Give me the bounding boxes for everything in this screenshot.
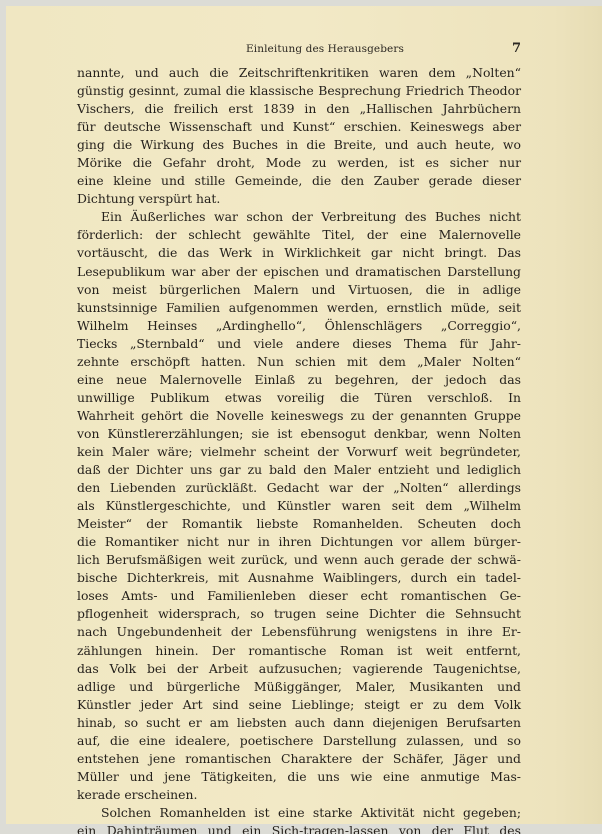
text-line: Meister“ der Romantik liebste Romanhelde…: [77, 515, 521, 533]
text-line: Ein Äußerliches war schon der Verbreitun…: [77, 208, 521, 226]
text-line: loses Amts- und Familienleben dieser ech…: [77, 587, 521, 605]
text-line: vortäuscht, die das Werk in Wirklichkeit…: [77, 244, 521, 262]
page-number: 7: [512, 41, 521, 56]
text-line: das Volk bei der Arbeit aufzusuchen; vag…: [77, 660, 521, 678]
text-line: Wahrheit gehört die Novelle keineswegs z…: [77, 407, 521, 425]
text-line: den Liebenden zurückläßt. Gedacht war de…: [77, 479, 521, 497]
book-page: Einleitung des Herausgebers 7 nannte, un…: [6, 6, 602, 824]
text-line: unwillige Publikum etwas voreilig die Tü…: [77, 389, 521, 407]
paragraph-3: Solchen Romanhelden ist eine starke Akti…: [77, 804, 521, 834]
text-line: als Künstlergeschichte, und Künstler war…: [77, 497, 521, 515]
text-line: lich Berufsmäßigen weit zurück, und wenn…: [77, 551, 521, 569]
text-line: Vischers, die freilich erst 1839 in den …: [77, 100, 521, 118]
text-line: hinab, so sucht er am liebsten auch dann…: [77, 714, 521, 732]
text-line: Lesepublikum war aber der epischen und d…: [77, 263, 521, 281]
text-line: nannte, und auch die Zeitschriftenkritik…: [77, 64, 521, 82]
paragraph-2: Ein Äußerliches war schon der Verbreitun…: [77, 208, 521, 804]
text-line: Tiecks „Sternbald“ und viele andere dies…: [77, 335, 521, 353]
text-line: pflogenheit widersprach, so trugen seine…: [77, 605, 521, 623]
text-line: die Romantiker nicht nur in ihren Dichtu…: [77, 533, 521, 551]
text-line: kunstsinnige Familien aufgenommen werden…: [77, 299, 521, 317]
text-line: förderlich: der schlecht gewählte Titel,…: [77, 226, 521, 244]
text-line: günstig gesinnt, zumal die klassische Be…: [77, 82, 521, 100]
text-line: Dichtung verspürt hat.: [77, 190, 521, 208]
text-line: kein Maler wäre; vielmehr scheint der Vo…: [77, 443, 521, 461]
text-line: zehnte erschöpft hatten. Nun schien mit …: [77, 353, 521, 371]
text-line: eine kleine und stille Gemeinde, die den…: [77, 172, 521, 190]
text-line: Mörike die Gefahr droht, Mode zu werden,…: [77, 154, 521, 172]
text-line: auf, die eine idealere, poetischere Dars…: [77, 732, 521, 750]
text-line: von meist bürgerlichen Malern und Virtuo…: [77, 281, 521, 299]
text-line: bische Dichterkreis, mit Ausnahme Waibli…: [77, 569, 521, 587]
text-line: daß der Dichter uns gar zu bald den Male…: [77, 461, 521, 479]
text-line: adlige und bürgerliche Müßiggänger, Male…: [77, 678, 521, 696]
text-line: für deutsche Wissenschaft und Kunst“ ers…: [77, 118, 521, 136]
text-line: ein Dahinträumen und ein Sich-tragen-las…: [77, 822, 521, 834]
text-line: Künstler jeder Art sind seine Lieblinge;…: [77, 696, 521, 714]
text-line: entstehen jene romantischen Charaktere d…: [77, 750, 521, 768]
body-text: nannte, und auch die Zeitschriftenkritik…: [77, 64, 521, 834]
text-line: ging die Wirkung des Buches in die Breit…: [77, 136, 521, 154]
text-line: Wilhelm Heinses „Ardinghello“, Öhlenschl…: [77, 317, 521, 335]
text-line: eine neue Malernovelle Einlaß zu begehre…: [77, 371, 521, 389]
text-line: Müller und jene Tätigkeiten, die uns wie…: [77, 768, 521, 786]
page-header: Einleitung des Herausgebers 7: [6, 43, 602, 59]
text-line: kerade erscheinen.: [77, 786, 521, 804]
text-line: nach Ungebundenheit der Lebensführung we…: [77, 623, 521, 641]
text-line: von Künstlererzählungen; sie ist ebensog…: [77, 425, 521, 443]
text-line: zählungen hinein. Der romantische Roman …: [77, 642, 521, 660]
text-line: Solchen Romanhelden ist eine starke Akti…: [77, 804, 521, 822]
paragraph-1: nannte, und auch die Zeitschriftenkritik…: [77, 64, 521, 208]
running-head: Einleitung des Herausgebers: [246, 43, 404, 55]
